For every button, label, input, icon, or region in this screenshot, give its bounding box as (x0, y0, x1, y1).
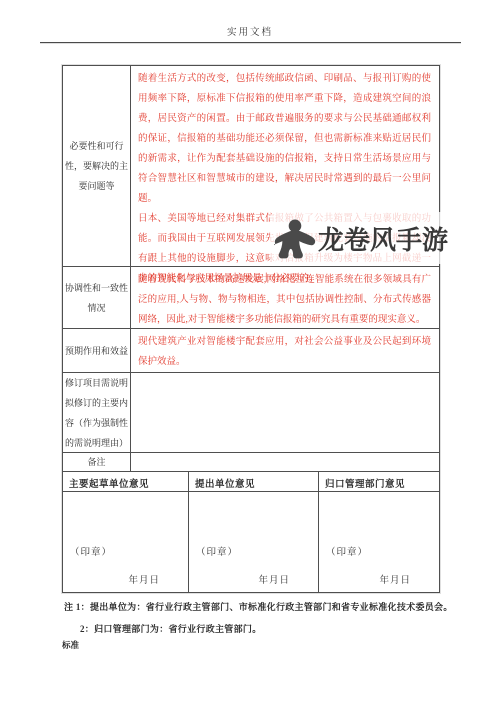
signature-body: （印章） 年月日 (189, 492, 318, 592)
signature-column-authority: 归口管理部门意见 （印章） 年月日 (319, 472, 439, 592)
row-content-expected-benefit: 现代建筑产业对智能楼宇配套应用，对社会公益事业及公民起到环境保护效益。 (131, 329, 439, 372)
table-row: 修订项目需说明拟修订的主要内容（作为强制性的需说明理由） (63, 373, 439, 453)
seal-placeholder: （印章） (70, 544, 112, 558)
signature-column-drafting-unit: 主要起草单位意见 （印章） 年月日 (63, 472, 189, 592)
paragraph: 随着生活方式的改变，包括传统邮政信函、印刷品、与报刊订购的使用频率下降，原标准下… (138, 69, 431, 209)
footnote-1: 注 1：提出单位为：省行业行政主管部门、市标准化行政主管部门和省专业标准化技术委… (64, 600, 453, 613)
footer-label: 标准 (62, 639, 79, 651)
seal-placeholder: （印章） (196, 544, 238, 558)
meeple-icon (274, 217, 316, 259)
paragraph: 随着现代科学技术的高速发展,网络化互连智能系统在很多领域具有广泛的应用,人与物、… (138, 270, 431, 330)
row-content-revision-empty (131, 373, 439, 452)
seal-placeholder: （印章） (326, 544, 368, 558)
table-row: 预期作用和效益 现代建筑产业对智能楼宇配套应用，对社会公益事业及公民起到环境保护… (63, 329, 439, 373)
row-content-remarks-empty (131, 453, 439, 471)
row-label-revision: 修订项目需说明拟修订的主要内容（作为强制性的需说明理由） (63, 373, 131, 452)
row-label-coordination: 协调性和一致性情况 (63, 267, 131, 328)
signature-header: 主要起草单位意见 (63, 472, 188, 492)
paragraph: 现代建筑产业对智能楼宇配套应用，对社会公益事业及公民起到环境保护效益。 (138, 332, 431, 372)
watermark-text: 龙卷风手游 (318, 220, 448, 257)
table-row: 备注 (63, 453, 439, 472)
signature-column-proposing-unit: 提出单位意见 （印章） 年月日 (189, 472, 319, 592)
footnote-2: 2：归口管理部门为：省行业行政主管部门。 (80, 622, 262, 635)
signature-section: 主要起草单位意见 （印章） 年月日 提出单位意见 （印章） 年月日 归口管理部门… (63, 472, 439, 592)
page-title: 实用文档 (0, 24, 500, 38)
signature-header: 提出单位意见 (189, 472, 318, 492)
row-label-remarks: 备注 (63, 453, 131, 471)
document-page: 实用文档 必要性和可行性，要解决的主要问题等 随着生活方式的改变，包括传统邮政信… (0, 0, 500, 707)
signature-body: （印章） 年月日 (319, 492, 439, 592)
row-label-expected-benefit: 预期作用和效益 (63, 329, 131, 372)
row-label-necessity: 必要性和可行性，要解决的主要问题等 (63, 66, 131, 266)
date-placeholder: 年月日 (379, 572, 411, 586)
date-placeholder: 年月日 (258, 572, 290, 586)
row-content-coordination: 随着现代科学技术的高速发展,网络化互连智能系统在很多领域具有广泛的应用,人与物、… (131, 267, 439, 328)
signature-header: 归口管理部门意见 (319, 472, 439, 492)
standard-proposal-table: 必要性和可行性，要解决的主要问题等 随着生活方式的改变，包括传统邮政信函、印刷品… (62, 65, 440, 593)
header-divider (40, 42, 461, 43)
signature-body: （印章） 年月日 (63, 492, 188, 592)
watermark: 龙卷风手游 (270, 212, 456, 264)
date-placeholder: 年月日 (128, 572, 160, 586)
table-row: 协调性和一致性情况 随着现代科学技术的高速发展,网络化互连智能系统在很多领域具有… (63, 267, 439, 329)
